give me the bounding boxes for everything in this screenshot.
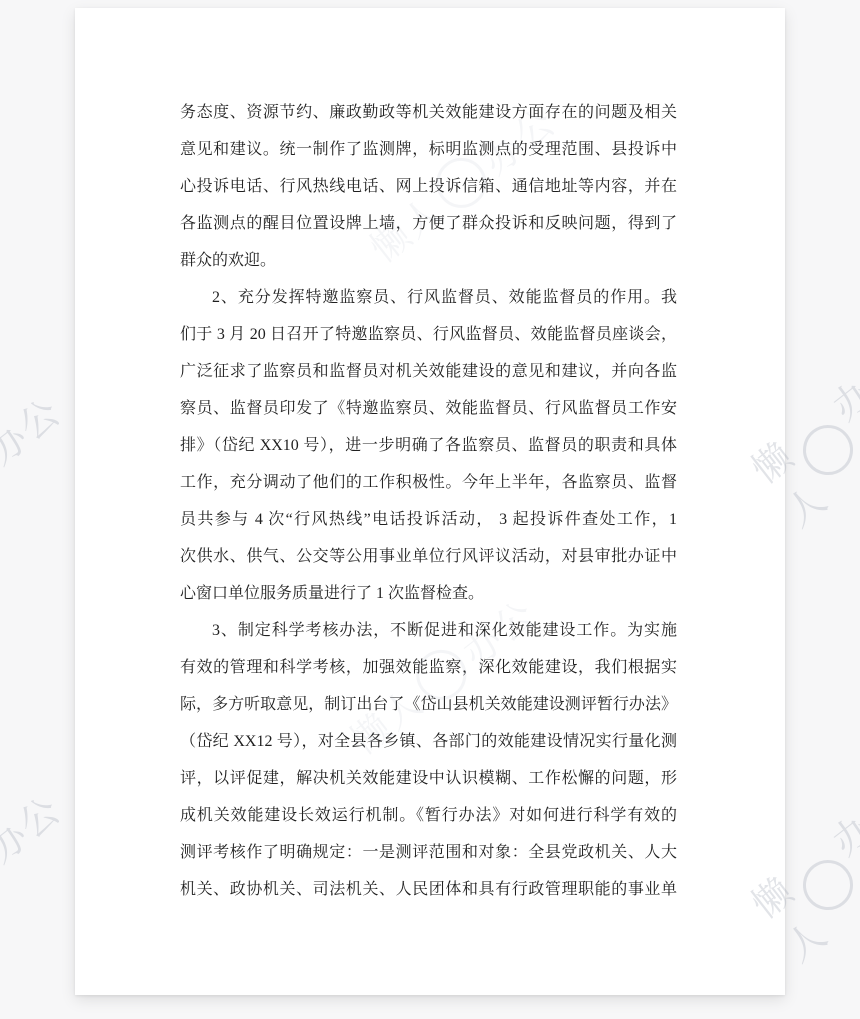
watermark-ring-icon: [0, 835, 1, 905]
text-line: 心投诉电话、行风热线电话、网上投诉信箱、通信地址等内容，并在: [180, 168, 677, 205]
text-line: 机关、政协机关、司法机关、人民团体和具有行政管理职能的事业单: [180, 871, 677, 908]
text-line: 次供水、供气、公交等公用事业单位行风评议活动，对县审批办证中: [180, 538, 677, 575]
text-line: 广泛征求了监察员和监督员对机关效能建设的意见和建议，并向各监: [180, 353, 677, 390]
text-line: 成机关效能建设长效运行机制。《暂行办法》对如何进行科学有效的: [180, 797, 677, 834]
text-line: 员共参与 4 次“行风热线”电话投诉活动， 3 起投诉件查处工作，1: [180, 501, 677, 538]
text-line: （岱纪 XX12 号），对全县各乡镇、各部门的效能建设情况实行量化测: [180, 723, 677, 760]
text-line: 测评考核作了明确规定：一是测评范围和对象：全县党政机关、人大: [180, 834, 677, 871]
text-line: 察员、监督员印发了《特邀监察员、效能监督员、行风监督员工作安: [180, 390, 677, 427]
desktop-background: 务态度、资源节约、廉政勤政等机关效能建设方面存在的问题及相关 意见和建议。统一制…: [0, 0, 860, 1019]
document-page: 务态度、资源节约、廉政勤政等机关效能建设方面存在的问题及相关 意见和建议。统一制…: [75, 8, 785, 995]
watermark-text: 办公: [819, 798, 860, 909]
text-line: 各监测点的醒目位置设牌上墙，方便了群众投诉和反映问题，得到了: [180, 205, 677, 242]
text-line: 排》（岱纪 XX10 号），进一步明确了各监察员、监督员的职责和具体: [180, 427, 677, 464]
watermark-text: 办公: [0, 382, 70, 475]
watermark-ring-icon: [793, 415, 860, 485]
text-line: 工作，充分调动了他们的工作积极性。今年上半年，各监察员、监督: [180, 464, 677, 501]
text-line: 评，以评促建，解决机关效能建设中认识模糊、工作松懈的问题，形: [180, 760, 677, 797]
watermark-text: 办公: [0, 780, 70, 873]
text-line: 际，多方听取意见，制订出台了《岱山县机关效能建设测评暂行办法》: [180, 686, 677, 723]
text-line: 务态度、资源节约、廉政勤政等机关效能建设方面存在的问题及相关: [180, 94, 677, 131]
text-line: 有效的管理和科学考核，加强效能监察，深化效能建设，我们根据实: [180, 649, 677, 686]
watermark-ring-icon: [793, 850, 860, 920]
text-line: 意见和建议。统一制作了监测牌，标明监测点的受理范围、县投诉中: [180, 131, 677, 168]
text-line: 群众的欢迎。: [180, 242, 677, 279]
watermark: 懒人 办公: [0, 382, 70, 562]
watermark-ring-icon: [0, 437, 1, 507]
text-line: 们于 3 月 20 日召开了特邀监察员、行风监督员、效能监督员座谈会，: [180, 316, 677, 353]
document-text-block: 务态度、资源节约、廉政勤政等机关效能建设方面存在的问题及相关 意见和建议。统一制…: [180, 94, 677, 908]
text-line: 心窗口单位服务质量进行了 1 次监督检查。: [180, 575, 677, 612]
text-line: 3、制定科学考核办法，不断促进和深化效能建设工作。为实施: [180, 612, 677, 649]
watermark-text: 办公: [819, 363, 860, 474]
watermark: 懒人 办公: [0, 780, 70, 960]
text-line: 2、充分发挥特邀监察员、行风监督员、效能监督员的作用。我: [180, 279, 677, 316]
